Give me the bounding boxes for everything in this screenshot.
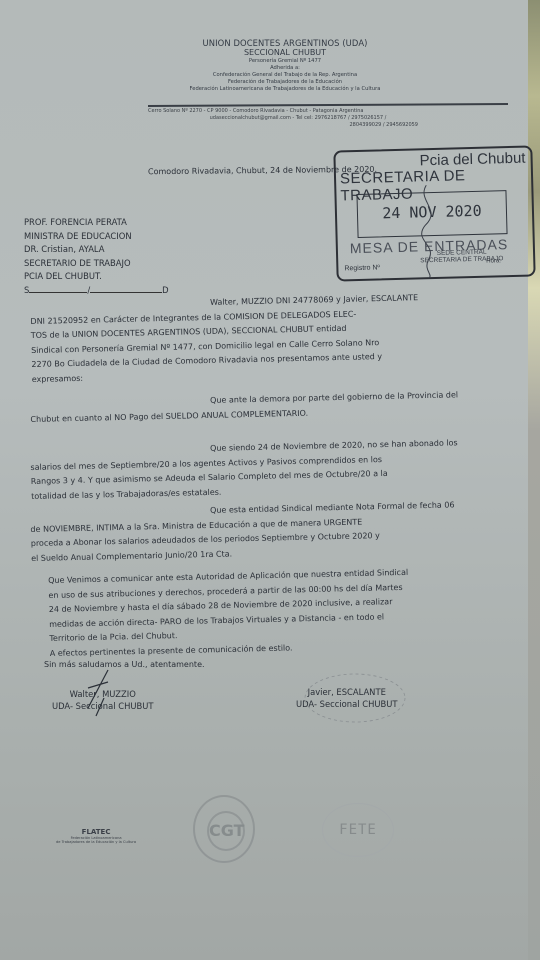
addressee-line: SECRETARIO DE TRABAJO <box>24 257 169 271</box>
sd-d: D <box>162 285 168 295</box>
addressee-line: MINISTRA DE EDUCACION <box>24 230 169 244</box>
stamp-hora: Hora: <box>486 258 501 264</box>
signature-scribble-icon <box>300 668 410 728</box>
fete-logo: FETE <box>322 803 394 857</box>
affiliation: Confederación General del Trabajo de la … <box>140 72 430 79</box>
affiliation: Federación Latinoamericana de Trabajador… <box>140 86 430 93</box>
personeria: Personería Gremial Nº 1477 <box>140 58 430 65</box>
sd-line: S/D <box>24 284 169 298</box>
flatec-name: FLATEC <box>56 828 136 836</box>
sd-s: S <box>24 285 29 295</box>
section-name: SECCIONAL CHUBUT <box>140 48 430 58</box>
address-line: Cerro Solano Nº 2270 - CP 9000 - Comodor… <box>148 108 448 115</box>
stamp-registro: Registro Nº <box>344 264 380 272</box>
reception-stamp: Pcia del Chubut SECRETARIA DE TRABAJO 24… <box>333 145 535 281</box>
adherida-label: Adherida a: <box>140 65 430 72</box>
addressee-line: PROF. FORENCIA PERATA <box>24 216 169 230</box>
affiliation: Federación de Trabajadores de la Educaci… <box>140 79 430 86</box>
addressee-block: PROF. FORENCIA PERATA MINISTRA DE EDUCAC… <box>24 216 169 297</box>
org-name: UNION DOCENTES ARGENTINOS (UDA) <box>140 38 430 48</box>
letterhead: UNION DOCENTES ARGENTINOS (UDA) SECCIONA… <box>140 38 430 93</box>
contact-line: udaseccionalchubut@gmail.com - Tel cel: … <box>148 115 448 122</box>
signature-scribble-icon <box>78 668 118 720</box>
stamp-signature-icon <box>396 179 459 281</box>
paragraph-4: Que Venimos a comunicar ante esta Autori… <box>48 563 530 661</box>
letterhead-address: Cerro Solano Nº 2270 - CP 9000 - Comodor… <box>148 108 448 129</box>
flatec-sub: de Trabajadores de la Educación y la Cul… <box>56 840 136 844</box>
paragraph-2: Que siendo 24 de Noviembre de 2020, no s… <box>30 435 511 504</box>
paragraph-3: Que esta entidad Sindical mediante Nota … <box>30 497 511 566</box>
blank-line <box>90 292 162 293</box>
contact-line: 2804399029 / 2945692059 <box>148 122 448 129</box>
background-edge <box>528 0 540 960</box>
cgt-seal-icon: CGT <box>193 795 255 863</box>
cgt-label: CGT <box>207 811 245 851</box>
flatec-logo: FLATEC Federación Latinoamericana de Tra… <box>56 828 136 844</box>
closing-line: Sin más saludamos a Ud., atentamente. <box>44 658 205 673</box>
addressee-line: PCIA DEL CHUBUT. <box>24 270 169 284</box>
intro-paragraph: Walter, MUZZIO DNI 24778069 y Javier, ES… <box>30 289 512 387</box>
blank-line <box>29 292 87 293</box>
addressee-line: DR. Cristian, AYALA <box>24 243 169 257</box>
